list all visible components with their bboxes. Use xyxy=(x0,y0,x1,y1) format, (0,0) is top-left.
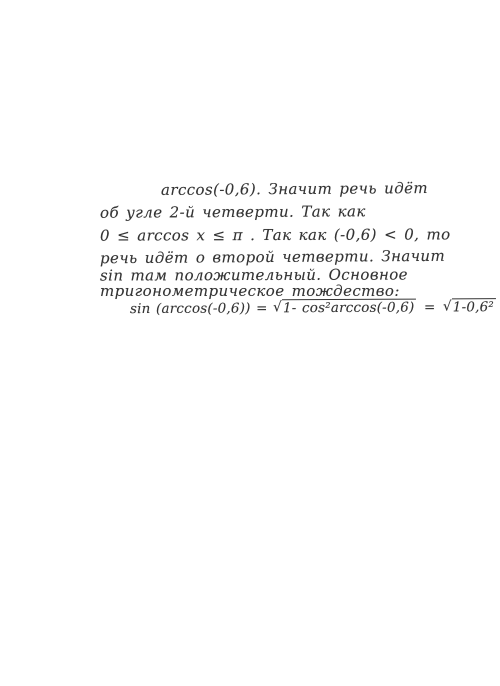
formula-lhs: sin (arccos(-0,6)) = xyxy=(130,300,268,317)
handwritten-line-2: об угле 2-й четверти. Так как xyxy=(100,202,366,221)
radical-sign-icon: √ xyxy=(273,299,282,315)
handwritten-line-6: тригонометрическое тождество: xyxy=(100,282,400,300)
handwritten-formula: sin (arccos(-0,6)) = √1- cos²arccos(-0,6… xyxy=(130,298,500,317)
sqrt-radicand-1: 1- cos²arccos(-0,6) xyxy=(282,299,417,317)
notebook-page: arccos(-0,6). Значит речь идёт об угле 2… xyxy=(0,0,500,686)
equals-sign-1: = xyxy=(422,299,438,315)
square-root-expression-2: √1-0,6² xyxy=(443,298,496,315)
sqrt-radicand-2: 1-0,6² xyxy=(452,298,496,315)
handwritten-line-1: arccos(-0,6). Значит речь идёт xyxy=(161,179,428,199)
square-root-expression-1: √1- cos²arccos(-0,6) xyxy=(273,299,416,317)
handwritten-line-3: 0 ≤ arccos x ≤ π . Так как (-0,6) < 0, т… xyxy=(100,225,451,244)
handwritten-line-4: речь идёт о второй четверти. Значит xyxy=(100,247,445,267)
radical-sign-icon: √ xyxy=(443,298,452,314)
